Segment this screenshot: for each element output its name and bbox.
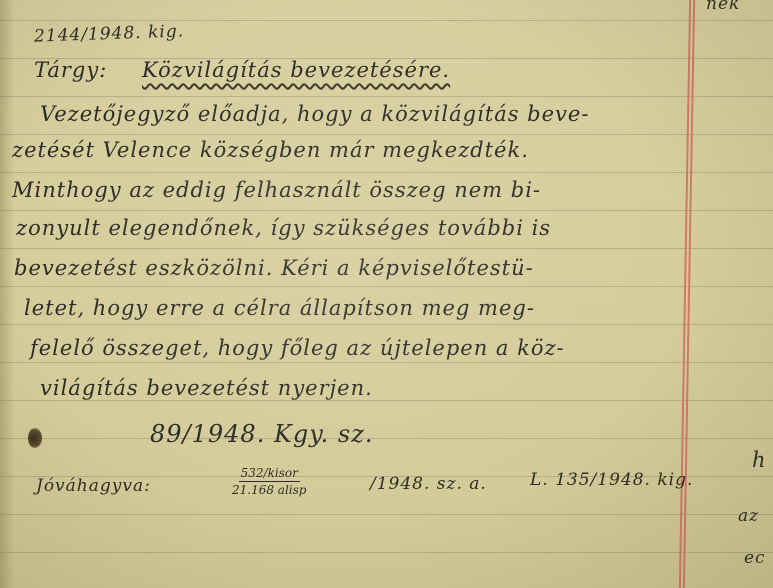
ruled-line	[0, 134, 773, 135]
ruled-line	[0, 20, 773, 21]
ruled-line	[0, 514, 773, 515]
body-line: zonyult elegendőnek, így szükséges továb…	[16, 216, 551, 240]
margin-fragment: az	[738, 506, 759, 526]
ruled-line	[0, 286, 773, 287]
ruled-line	[0, 362, 773, 363]
punch-hole	[28, 428, 42, 448]
resolution-number: 89/1948. Kgy. sz.	[150, 420, 373, 448]
approval-year: /1948. sz. a.	[370, 474, 487, 494]
page-binding-edge	[0, 0, 14, 588]
subject-label: Tárgy:	[34, 58, 107, 82]
body-line: zetését Velence községben már megkezdték…	[12, 138, 529, 162]
body-line: felelő összeget, hogy főleg az újtelepen…	[30, 336, 565, 360]
margin-fragment: ec	[744, 548, 766, 568]
ruled-line	[0, 438, 773, 439]
approval-label: Jóváhagyva:	[36, 476, 151, 496]
paper-vignette	[0, 0, 773, 588]
ruled-line	[0, 172, 773, 173]
approval-fraction: 532/kisor 21.168 alisp	[232, 466, 306, 497]
reference-number: 2144/1948. kig.	[34, 21, 185, 46]
body-line: Vezetőjegyző előadja, hogy a közvilágítá…	[40, 102, 589, 126]
ruled-line	[0, 210, 773, 211]
subject-title: Közvilágítás bevezetésére.	[142, 58, 450, 82]
margin-fragment: nek	[706, 0, 740, 14]
ruled-line	[0, 96, 773, 97]
fraction-bottom: 21.168 alisp	[232, 482, 306, 497]
ruled-line	[0, 324, 773, 325]
body-line: bevezetést eszközölni. Kéri a képviselőt…	[14, 256, 534, 280]
ruled-line	[0, 400, 773, 401]
margin-fragment: h	[752, 448, 767, 472]
body-line: Minthogy az eddig felhasznált összeg nem…	[12, 178, 541, 202]
approval-reference: L. 135/1948. kig.	[530, 470, 693, 490]
fraction-top: 532/kisor	[239, 466, 300, 482]
body-line: letet, hogy erre a célra állapítson meg …	[24, 296, 535, 320]
notebook-page: 2144/1948. kig. Tárgy: Közvilágítás beve…	[0, 0, 773, 588]
body-line: világítás bevezetést nyerjen.	[40, 376, 373, 400]
ruled-line	[0, 552, 773, 553]
ruled-line	[0, 248, 773, 249]
